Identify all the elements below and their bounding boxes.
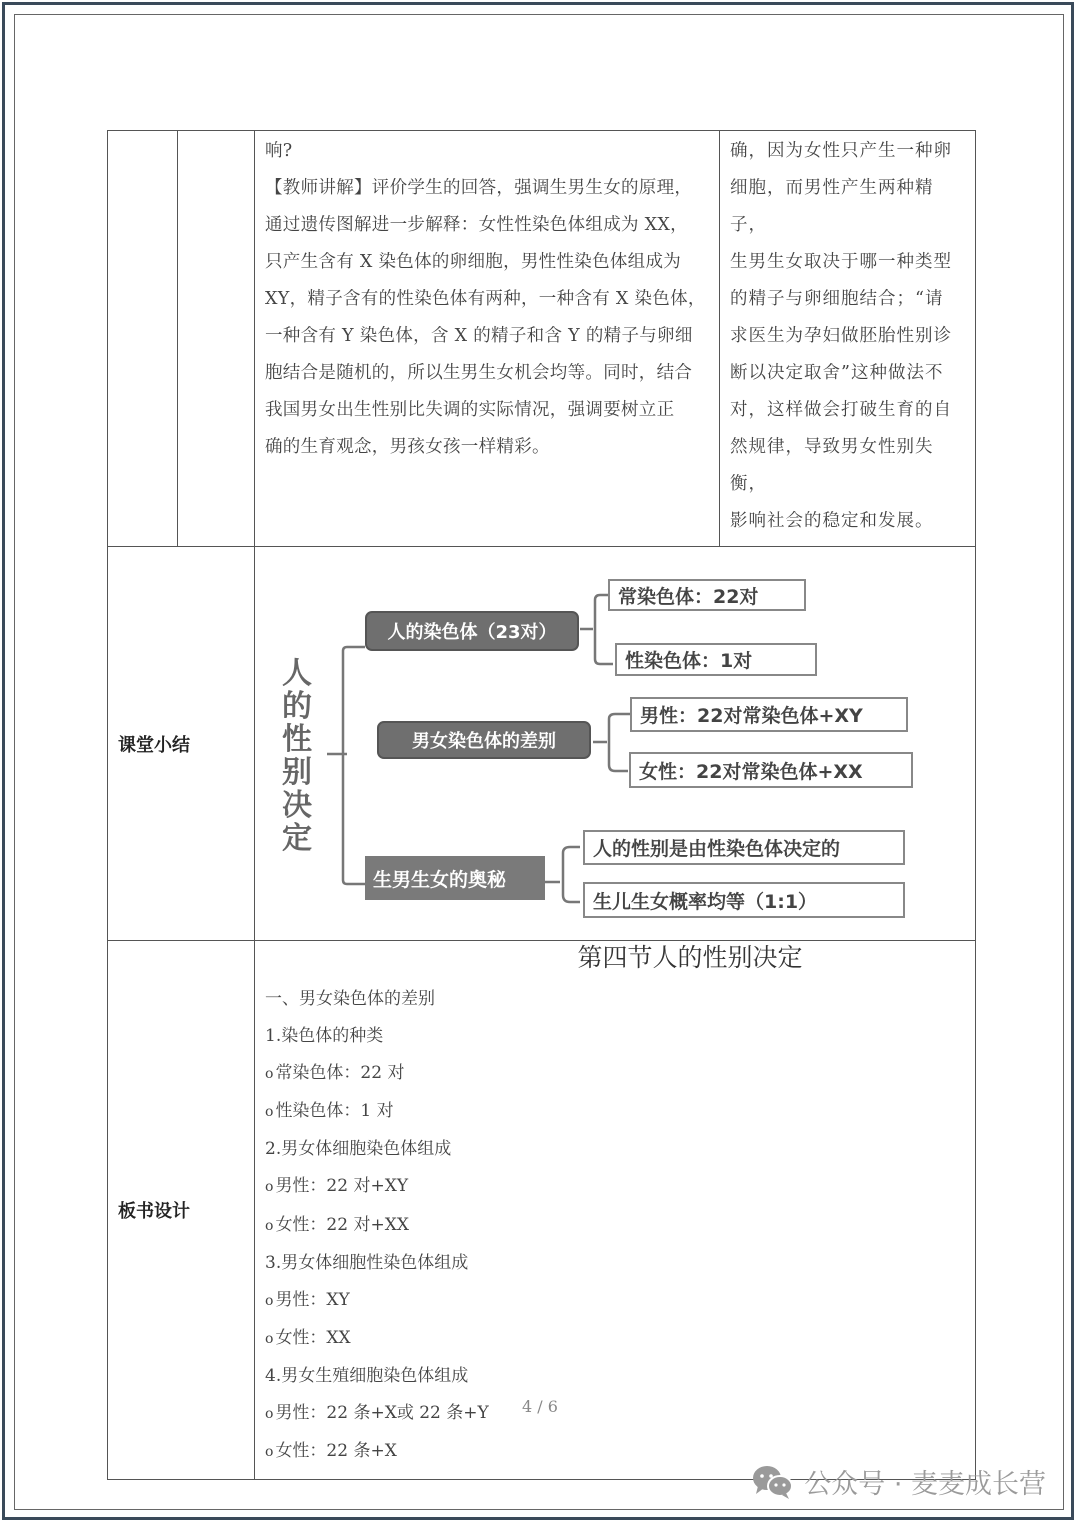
board-bullet: 性染色体：1 对 [265,1093,965,1131]
text-line: 通过遗传图解进一步解释：女性性染色体组成为 XX， [265,207,711,244]
text-line: 【教师讲解】评价学生的回答，强调生男生女的原理， [265,170,711,207]
watermark: 公众号 · 麦麦成长营 [752,1462,1046,1501]
mindmap-branch-differences: 男女染色体的差别 [377,721,591,759]
teacher-explanation-text: 响? 【教师讲解】评价学生的回答，强调生男生女的原理， 通过遗传图解进一步解释：… [255,131,719,472]
wechat-icon [752,1464,794,1500]
text-line: 响? [265,133,711,170]
text-line: 求医生为孕妇做胚胎性别诊 [730,318,969,355]
board-subheading: 4.男女生殖细胞染色体组成 [265,1358,965,1395]
summary-mindmap-cell: 人的性别决定 人的染色体（23对） 常染色体：22对 性染色体：1对 男女染色体… [255,547,976,941]
mindmap: 人的性别决定 人的染色体（23对） 常染色体：22对 性染色体：1对 男女染色体… [255,547,975,940]
board-bullet: 常染色体：22 对 [265,1055,965,1093]
text-line: 只产生含有 X 染色体的卵细胞，男性性染色体组成为 [265,244,711,281]
mindmap-branch-secret: 生男生女的奥秘 [365,856,545,900]
board-subheading: 2.男女体细胞染色体组成 [265,1131,965,1168]
text-line: 然规律，导致男女性别失衡， [730,429,969,503]
text-line: 的精子与卵细胞结合；“请 [730,281,969,318]
board-subheading: 3.男女体细胞性染色体组成 [265,1245,965,1282]
board-bullet: 女性：22 对+XX [265,1207,965,1245]
text-line: XY，精子含有的性染色体有两种，一种含有 X 染色体， [265,281,711,318]
activity-cell [178,131,255,547]
mindmap-leaf-female: 女性：22对常染色体+XX [629,752,913,788]
teaching-process-row: 响? 【教师讲解】评价学生的回答，强调生男生女的原理， 通过遗传图解进一步解释：… [108,131,976,547]
lesson-plan-table: 响? 【教师讲解】评价学生的回答，强调生男生女的原理， 通过遗传图解进一步解释：… [107,130,976,1480]
text-line: 对，这样做会打破生育的自 [730,392,969,429]
summary-row: 课堂小结 人的性别决定 人的 [108,547,976,941]
board-bullet: 女性：XX [265,1320,965,1358]
text-line: 断以决定取舍”这种做法不 [730,355,969,392]
text-line: 确的生育观念，男孩女孩一样精彩。 [265,429,711,466]
text-line: 生男生女取决于哪一种类型 [730,244,969,281]
stage-cell [108,131,178,547]
board-bullet: 男性：22 对+XY [265,1168,965,1206]
student-activity-cell: 确，因为女性只产生一种卵 细胞，而男性产生两种精子， 生男生女取决于哪一种类型 … [720,131,976,547]
summary-label: 课堂小结 [108,547,255,941]
board-heading: 一、男女染色体的差别 [265,981,965,1018]
mindmap-leaf-sex-chromosomes: 性染色体：1对 [615,643,817,676]
board-subheading: 1.染色体的种类 [265,1018,965,1055]
text-line: 一种含有 Y 染色体，含 X 的精子和含 Y 的精子与卵细 [265,318,711,355]
teacher-activity-cell: 响? 【教师讲解】评价学生的回答，强调生男生女的原理， 通过遗传图解进一步解释：… [255,131,720,547]
mindmap-leaf-autosomes: 常染色体：22对 [608,579,806,611]
board-title: 第四节人的性别决定 [265,941,965,975]
text-line: 影响社会的稳定和发展。 [730,503,969,540]
text-line: 胞结合是随机的，所以生男生女机会均等。同时，结合 [265,355,711,392]
mindmap-leaf-probability: 生儿生女概率均等（1:1） [583,882,905,918]
mindmap-leaf-male: 男性：22对常染色体+XY [630,697,908,732]
board-bullet: 男性：XY [265,1282,965,1320]
watermark-text: 公众号 · 麦麦成长营 [804,1462,1046,1501]
text-line: 确，因为女性只产生一种卵 [730,133,969,170]
text-line: 我国男女出生性别比失调的实际情况，强调要树立正 [265,392,711,429]
student-answer-text: 确，因为女性只产生一种卵 细胞，而男性产生两种精子， 生男生女取决于哪一种类型 … [720,131,975,546]
mindmap-root: 人的性别决定 [277,657,317,855]
mindmap-leaf-sex-determined: 人的性别是由性染色体决定的 [583,830,905,865]
mindmap-branch-chromosomes: 人的染色体（23对） [365,611,579,651]
text-line: 细胞，而男性产生两种精子， [730,170,969,244]
page-number: 4 / 6 [0,1397,1080,1416]
